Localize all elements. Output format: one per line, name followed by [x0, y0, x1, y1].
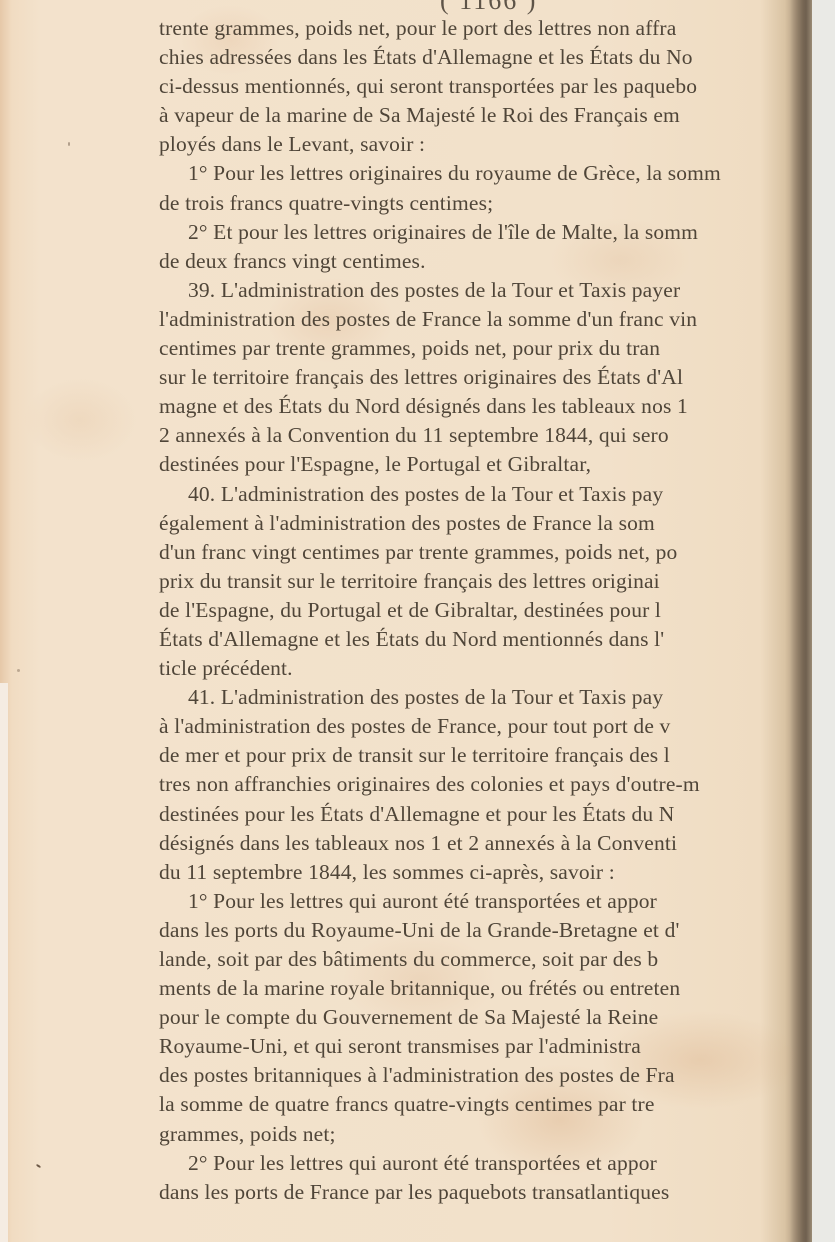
- text-line: de deux francs vingt centimes.: [159, 247, 835, 276]
- paper-speck: [36, 1164, 41, 1169]
- text-line: 2 annexés à la Convention du 11 septembr…: [159, 421, 835, 450]
- text-line: magne et des États du Nord désignés dans…: [159, 392, 835, 421]
- paragraph-start-line: 1° Pour les lettres qui auront été trans…: [159, 887, 835, 916]
- paragraph-start-line: 1° Pour les lettres originaires du royau…: [159, 159, 835, 188]
- text-line: à vapeur de la marine de Sa Majesté le R…: [159, 101, 835, 130]
- text-line: prix du transit sur le territoire frança…: [159, 567, 835, 596]
- text-line: également à l'administration des postes …: [159, 509, 835, 538]
- text-line: centimes par trente grammes, poids net, …: [159, 334, 835, 363]
- paragraph-start-line: 2° Et pour les lettres originaires de l'…: [159, 218, 835, 247]
- text-line: dans les ports de France par les paquebo…: [159, 1178, 835, 1207]
- article-40-heading-line: 40. L'administration des postes de la To…: [159, 480, 835, 509]
- text-line: sur le territoire français des lettres o…: [159, 363, 835, 392]
- text-line: tres non affranchies originaires des col…: [159, 770, 835, 799]
- text-line: ticle précédent.: [159, 654, 835, 683]
- text-line: dans les ports du Royaume-Uni de la Gran…: [159, 916, 835, 945]
- text-line: ments de la marine royale britannique, o…: [159, 974, 835, 1003]
- text-line: chies adressées dans les États d'Allemag…: [159, 43, 835, 72]
- text-line: de mer et pour prix de transit sur le te…: [159, 741, 835, 770]
- text-line: trente grammes, poids net, pour le port …: [159, 14, 835, 43]
- text-line: Royaume-Uni, et qui seront transmises pa…: [159, 1032, 835, 1061]
- scanned-page: ( 1166 ) trente grammes, poids net, pour…: [0, 0, 812, 1242]
- text-line: du 11 septembre 1844, les sommes ci-aprè…: [159, 858, 835, 887]
- text-line: ci-dessus mentionnés, qui seront transpo…: [159, 72, 835, 101]
- paragraph-start-line: 2° Pour les lettres qui auront été trans…: [159, 1149, 835, 1178]
- text-line: à l'administration des postes de France,…: [159, 712, 835, 741]
- text-line: de l'Espagne, du Portugal et de Gibralta…: [159, 596, 835, 625]
- text-line: lande, soit par des bâtiments du commerc…: [159, 945, 835, 974]
- text-line: destinées pour les États d'Allemagne et …: [159, 800, 835, 829]
- text-line: destinées pour l'Espagne, le Portugal et…: [159, 450, 835, 479]
- text-line: d'un franc vingt centimes par trente gra…: [159, 538, 835, 567]
- viewer-background: [812, 0, 835, 1242]
- text-line: grammes, poids net;: [159, 1120, 835, 1149]
- paper-speck: [17, 669, 20, 672]
- article-41-heading-line: 41. L'administration des postes de la To…: [159, 683, 835, 712]
- text-line: pour le compte du Gouvernement de Sa Maj…: [159, 1003, 835, 1032]
- page-edge-notch: [0, 683, 8, 1242]
- text-line: États d'Allemagne et les États du Nord m…: [159, 625, 835, 654]
- text-line: l'administration des postes de France la…: [159, 305, 835, 334]
- article-39-heading-line: 39. L'administration des postes de la To…: [159, 276, 835, 305]
- text-line: ployés dans le Levant, savoir :: [159, 130, 835, 159]
- text-line: désignés dans les tableaux nos 1 et 2 an…: [159, 829, 835, 858]
- text-line: la somme de quatre francs quatre-vingts …: [159, 1090, 835, 1119]
- body-text: trente grammes, poids net, pour le port …: [159, 14, 835, 1207]
- paper-speck: [68, 142, 70, 146]
- text-line: des postes britanniques à l'administrati…: [159, 1061, 835, 1090]
- text-line: de trois francs quatre-vingts centimes;: [159, 189, 835, 218]
